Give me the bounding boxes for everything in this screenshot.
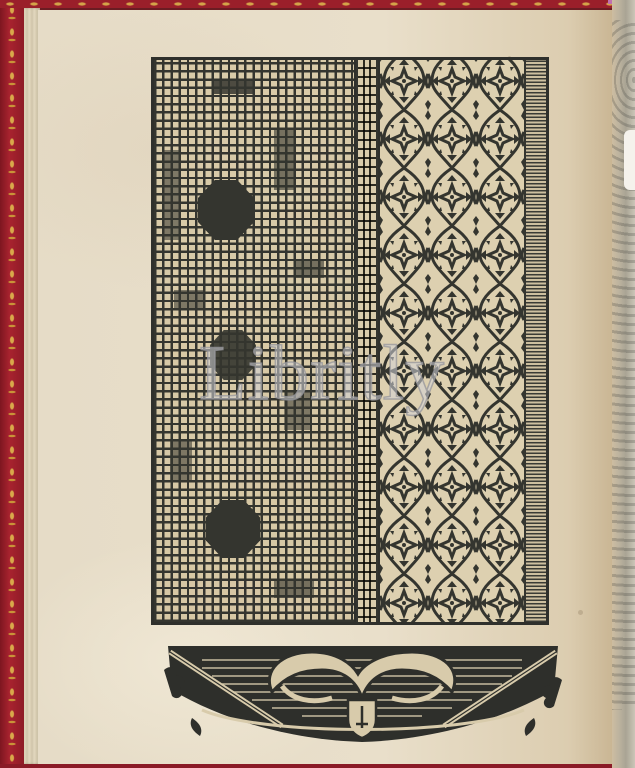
- vine-scroll: [274, 130, 294, 190]
- page-tear: [624, 130, 635, 190]
- ornament-art: [162, 640, 564, 744]
- binding-top-edge: [0, 0, 612, 8]
- hatched-border: [524, 60, 546, 622]
- adjacent-page-curl: [612, 0, 635, 768]
- adjacent-page-print: [612, 20, 635, 710]
- vine-scroll: [214, 80, 254, 94]
- vine-scroll: [294, 260, 324, 278]
- vine-scroll: [274, 580, 314, 598]
- vine-scroll: [170, 440, 192, 480]
- binding-bottom-edge: [0, 764, 612, 768]
- red-gilt-binding: [0, 0, 24, 768]
- vine-scroll: [174, 290, 204, 310]
- rosette-motif-top: [198, 180, 254, 240]
- woodcut-headpiece-ornament: [162, 640, 564, 744]
- book-page-scan: Libritly: [0, 0, 635, 768]
- foxing-spot: [578, 610, 583, 615]
- vine-scroll: [164, 150, 180, 240]
- libritly-watermark: Libritly: [192, 328, 452, 418]
- rosette-motif-bottom: [206, 500, 260, 558]
